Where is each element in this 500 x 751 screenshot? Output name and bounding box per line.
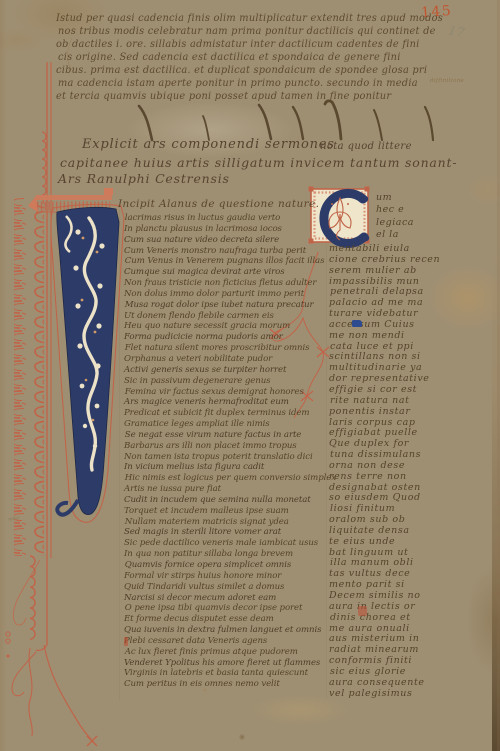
text-line: Musa rogat dolor ipse iubet natura preca…	[125, 300, 336, 311]
top-text-block: Istud per quasi cadencia finis olim mult…	[56, 12, 443, 103]
text-line: dinis chorea et	[330, 613, 441, 624]
text-line: Gramatice leges ampliat ille nimis	[124, 419, 335, 430]
text-line: ma cadencia istam aperte ponitur in prim…	[58, 77, 445, 90]
right-text-column: mentabili eiulacione crebrius recenserem…	[329, 244, 440, 699]
text-line: et tercia quamvis ubique poni posset apu…	[56, 90, 443, 103]
text-line: Ut donem flendo flebile carmen eis	[124, 311, 335, 322]
text-line: Venderet Ypolitus his amore fieret ut fl…	[124, 658, 335, 669]
blue-paraph-mark	[352, 320, 362, 327]
text-line: Istud per quasi cadencia finis olim mult…	[56, 12, 443, 25]
folio-number-pencil: 17	[447, 24, 466, 42]
explicit-line: Explicit ars componendi sermones	[82, 137, 335, 152]
text-line: Activi generis sexus se turpiter horret	[124, 365, 335, 376]
text-line: Virginis in latebris et basia tanta quie…	[124, 668, 335, 679]
text-line: Predicat et subicit fit duplex terminus …	[124, 408, 335, 419]
margin-note-right: diffinitione	[430, 78, 464, 84]
text-line: Cum Venus in Venerem pugnans illos facit…	[125, 256, 336, 267]
text-line: Barbarus ars illi non placet immo tropus	[124, 441, 335, 452]
text-line: rite natura nat	[330, 396, 441, 407]
text-line: rens terre non	[329, 472, 440, 483]
text-line: Hic nimis est logicus per quem conversio…	[125, 473, 336, 484]
text-line: vel palegisimus	[329, 689, 440, 700]
text-line: Non tamen ista tropus poterit translatio…	[124, 452, 335, 463]
text-line: illa manum obli	[330, 558, 441, 569]
text-line: Cum sua nature video decreta silere	[124, 235, 335, 246]
text-line: Non dolus immo dolor parturit immo perit	[124, 289, 335, 300]
text-line: Heu quo nature secessit gracia morum	[124, 321, 335, 332]
rubrication-touch	[358, 606, 367, 616]
text-line: Torquet et incudem malleus ipse suam	[124, 506, 335, 517]
text-line: Ars magice veneris hermafroditat eum	[124, 397, 335, 408]
text-line: Femina vir factus sexus demigrat honores	[125, 387, 336, 398]
text-line: Qua iuvenis in dextra fulmen languet et …	[124, 625, 335, 636]
text-line: aura consequente	[329, 678, 440, 689]
text-line: cata luce et ppi	[330, 342, 441, 353]
text-line: Cum Veneris monstro naufraga turba perit	[124, 246, 335, 257]
text-line: penetrali delapsa	[330, 287, 441, 298]
text-line: Nullam materiem matricis signat ydea	[125, 517, 336, 528]
bottom-flourish	[6, 560, 97, 746]
text-line: legiaca	[376, 217, 414, 229]
text-line: Cum peritus in eis omnes nemo velit	[124, 679, 335, 690]
text-line: O pene ipsa tibi quamvis decor ipse pore…	[125, 603, 336, 614]
large-initial-i-letter: I	[80, 300, 84, 311]
book-edge-shadow	[492, 240, 500, 751]
text-line: In vicium melius ista figura cadit	[124, 462, 335, 473]
right-column-head: umhec elegiacael la	[376, 192, 414, 242]
ruling-line-left	[119, 210, 120, 700]
text-line: Plebi cessaret data Veneris agens	[124, 636, 335, 647]
text-line: In qua non patitur sillaba longa brevem	[124, 549, 335, 560]
text-line: Sed magis in sterili litore vomer arat	[124, 527, 335, 538]
left-text-column: lacrimas risus in luctus gaudia vertoIn …	[124, 213, 335, 690]
text-line: Quamvis fornice opera simplicet omnis	[125, 560, 336, 571]
text-line: cis origine. Sed cadencia est dactilica …	[58, 51, 445, 64]
text-line: Cumque sui magica devirat arte viros	[124, 267, 335, 278]
text-line: hec e	[376, 204, 414, 216]
text-line: te eius unde	[329, 537, 440, 548]
text-line: Quid Tindaridi vultus similet a domus	[124, 582, 335, 593]
text-line: Sic in passivum degenerare genus	[124, 376, 335, 387]
text-line: Cudit in incudem que semina nulla moneta…	[124, 495, 335, 506]
text-line: tuna dissimulans	[330, 450, 441, 461]
text-line: In planctu plausus in lacrimosa iocos	[124, 224, 335, 235]
text-line: Non fraus tristicie non ficticius fletus…	[124, 278, 335, 289]
text-line: Forma pudicicie norma pudoris amor	[124, 332, 335, 343]
text-line: lacrimas risus in luctus gaudia verto	[125, 213, 336, 224]
text-line: sic eius glorie	[330, 667, 441, 678]
text-line: Sic pede dactilico veneris male iambicat…	[124, 538, 335, 549]
explicit-side-note: nota quod littere	[320, 141, 412, 152]
margin-note-left: nota	[8, 515, 20, 523]
explicit-line: capitanee huius artis silligatum invicem…	[60, 155, 457, 170]
text-line: Se negat esse virum nature factus in art…	[125, 430, 336, 441]
manuscript-page: 145 17 Istud per quasi cadencia finis ol…	[0, 0, 500, 751]
text-line: um	[376, 192, 414, 204]
text-line: Orphanus a veteri nobilitate pudor	[124, 354, 335, 365]
text-line: serem mulier ab	[329, 266, 440, 277]
text-line: Et forme decus disputet esse deam	[124, 614, 335, 625]
text-line: ponentis instar	[329, 407, 440, 418]
ascender-flourishes	[139, 101, 433, 140]
text-line: cibus. prima est dactilica. et duplicat …	[56, 64, 443, 77]
text-line: liosi finitum	[330, 504, 441, 515]
explicit-colophon: Ars Ranulphi Cestrensis	[58, 171, 230, 186]
large-initial-c-letter: C	[335, 210, 343, 221]
text-line: el la	[376, 229, 414, 241]
text-line: ob dactiles i. ore. sillabis admistatur …	[56, 38, 443, 51]
text-line: Flet natura silent mores proscribitur om…	[125, 343, 336, 354]
text-line: Ac lux fieret finis primus atque pudorem	[125, 647, 336, 658]
rubrication-touch	[124, 637, 128, 646]
left-chain-border	[14, 62, 51, 645]
incipit-line: Incipit Alanus de questione nature.	[118, 198, 319, 210]
illuminated-initial-i	[28, 188, 124, 522]
text-line: Artis ne iussa pure fiat	[124, 484, 335, 495]
text-line: nos tribus modis celebratur nam prima po…	[58, 25, 445, 38]
text-line: Narcisi si decor mecum adoret eam	[124, 593, 335, 604]
text-line: Formal vir stirps huius honore minor	[124, 571, 335, 582]
